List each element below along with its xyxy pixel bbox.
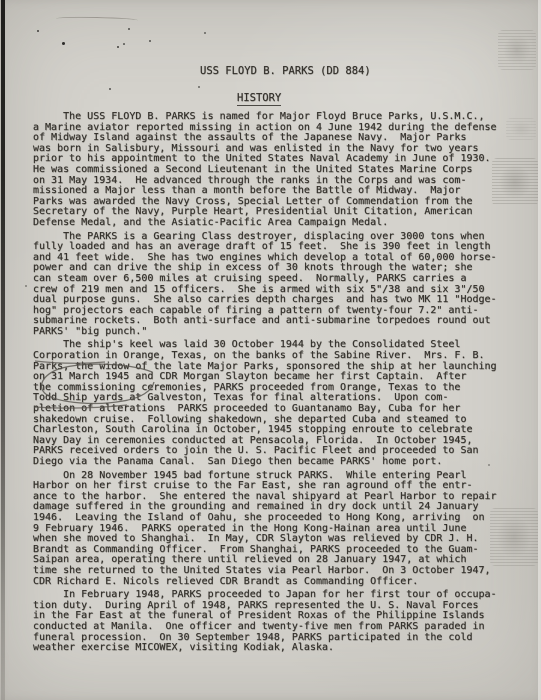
left-binding-strip: [1, 0, 5, 700]
paragraph-1948: In February 1948, PARKS proceeded to Jap…: [33, 590, 525, 654]
ink-speck: [117, 46, 119, 48]
ink-speck: [123, 43, 125, 45]
ink-speck: [149, 40, 151, 42]
ink-speck: [204, 32, 206, 34]
ink-speck: [25, 285, 27, 287]
ink-speck: [62, 42, 65, 45]
paragraph-construction: The ship's keel was laid 30 October 1944…: [33, 340, 525, 467]
ink-speck: [128, 28, 130, 30]
document-title: USS FLOYD B. PARKS (DD 884): [200, 66, 371, 77]
scanned-page: USS FLOYD B. PARKS (DD 884) HISTORY The …: [0, 0, 541, 700]
paragraph-1945-1947: On 28 November 1945 bad fortune struck P…: [33, 471, 525, 588]
ink-speck: [37, 30, 39, 32]
ink-speck: [198, 86, 200, 88]
paragraph-namesake: The USS FLOYD B. PARKS is named for Majo…: [33, 112, 525, 229]
paragraph-ship-specs: The PARKS is a Gearing Class destroyer, …: [33, 232, 525, 338]
section-heading: HISTORY: [237, 93, 281, 106]
document-body: The USS FLOYD B. PARKS is named for Majo…: [33, 112, 525, 654]
pencil-squiggle-mark: [56, 16, 138, 23]
smudge-top-right: [498, 30, 536, 70]
ink-speck: [109, 88, 111, 90]
